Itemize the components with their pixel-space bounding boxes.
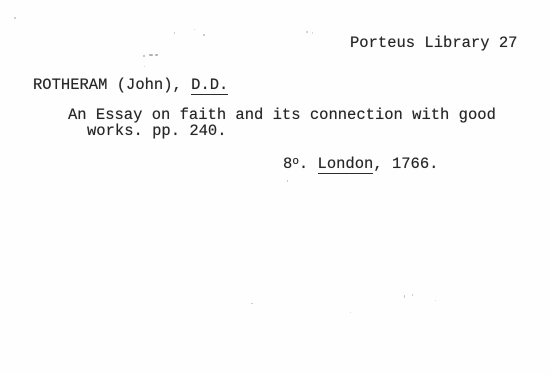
scan-speck <box>435 300 436 301</box>
scan-speck <box>404 295 405 298</box>
format-number: 8 <box>283 155 292 173</box>
scan-speck <box>144 66 145 67</box>
scan-speck <box>287 180 288 182</box>
author-name: ROTHERAM (John), <box>33 76 191 94</box>
place-name: London <box>318 155 374 174</box>
publication-date: , 1766. <box>373 155 438 173</box>
format-separator: . <box>299 155 318 173</box>
scan-speck <box>306 31 308 33</box>
scan-speck <box>149 54 153 56</box>
scan-speck <box>194 29 195 30</box>
scan-speck <box>251 303 253 304</box>
scan-speck <box>203 34 205 36</box>
author-heading: ROTHERAM (John), D.D. <box>33 75 228 95</box>
scan-speck <box>14 17 16 19</box>
format-superscript: o <box>292 156 299 168</box>
imprint-line: 8o. London, 1766. <box>283 152 438 174</box>
scan-speck <box>174 32 175 34</box>
library-stamp: Porteus Library 27 <box>350 33 517 53</box>
scan-speck <box>412 294 413 296</box>
scan-speck <box>312 32 313 34</box>
author-degree: D.D. <box>191 76 228 95</box>
scan-speck <box>143 55 145 57</box>
catalog-card: Porteus Library 27 ROTHERAM (John), D.D.… <box>0 0 550 374</box>
title-line-2: works. pp. 240. <box>87 121 227 141</box>
scan-speck <box>155 54 158 56</box>
scan-speck <box>350 312 351 313</box>
